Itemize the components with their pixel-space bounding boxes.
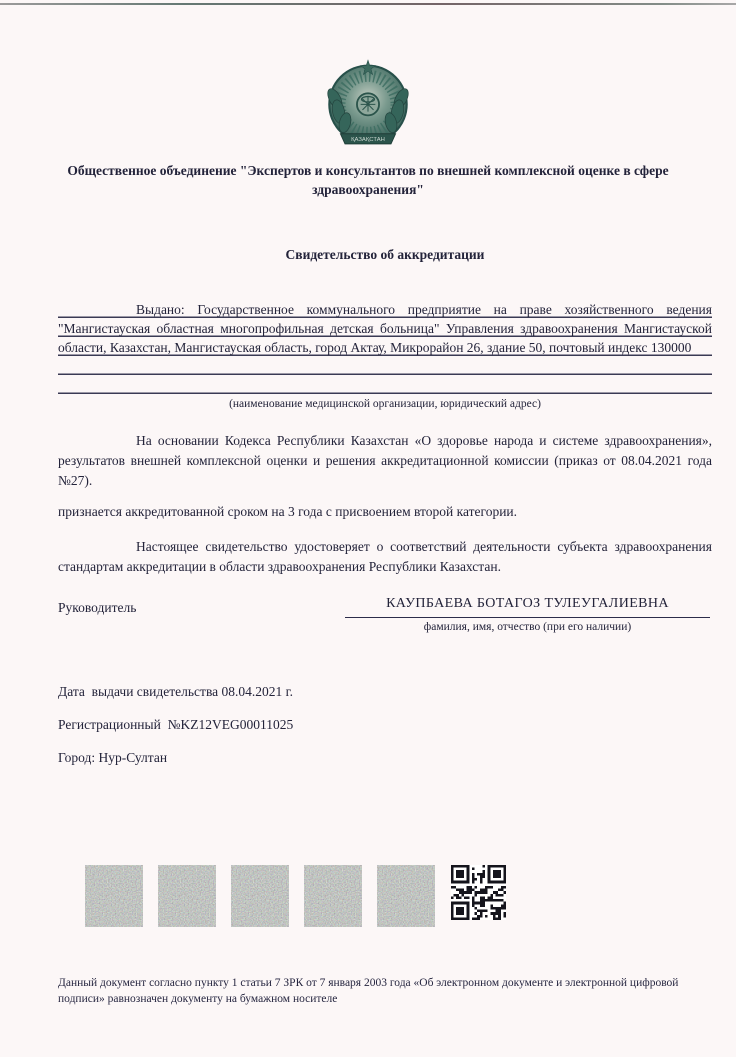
city-line: Город: Нур-Султан bbox=[58, 750, 167, 766]
issued-to-label: Выдано: bbox=[136, 302, 185, 317]
signature-noise-stamp bbox=[377, 865, 435, 927]
legal-footer-text: Данный документ согласно пункту 1 статьи… bbox=[58, 975, 704, 1007]
signature-noise-stamp bbox=[304, 865, 362, 927]
certificate-page: ҚАЗАҚСТАН Общественное объединение "Эксп… bbox=[0, 0, 736, 1057]
signer-name: КАУПБАЕВА БОТАГОЗ ТУЛЕУГАЛИЕВНА bbox=[345, 596, 710, 618]
signature-block: КАУПБАЕВА БОТАГОЗ ТУЛЕУГАЛИЕВНА фамилия,… bbox=[345, 596, 710, 633]
organization-title: Общественное объединение "Экспертов и ко… bbox=[48, 161, 688, 199]
issued-to-block: Выдано: Государственное коммунального пр… bbox=[58, 300, 712, 395]
registration-number-line: Регистрационный №KZ12VEG00011025 bbox=[58, 717, 293, 733]
issue-date-line: Дата выдачи свидетельства 08.04.2021 г. bbox=[58, 684, 293, 700]
emblem-container: ҚАЗАҚСТАН bbox=[0, 58, 736, 163]
scan-edge-line bbox=[0, 3, 736, 5]
emblem-banner-text: ҚАЗАҚСТАН bbox=[351, 137, 385, 143]
issued-to-caption: (наименование медицинской организации, ю… bbox=[60, 398, 710, 410]
basis-paragraph: На основании Кодекса Республики Казахста… bbox=[58, 431, 712, 491]
digital-signature-stamps bbox=[85, 865, 506, 927]
signature-noise-stamp bbox=[85, 865, 143, 927]
signature-noise-stamp bbox=[231, 865, 289, 927]
signature-noise-stamp bbox=[158, 865, 216, 927]
certifies-paragraph: Настоящее свидетельство удостоверяет о с… bbox=[58, 537, 712, 577]
qr-code bbox=[451, 865, 506, 920]
signer-name-caption: фамилия, имя, отчество (при его наличии) bbox=[345, 618, 710, 633]
recognition-line: признается аккредитованной сроком на 3 г… bbox=[58, 502, 712, 522]
document-title: Свидетельство об аккредитации bbox=[60, 247, 710, 263]
kazakhstan-emblem-icon: ҚАЗАҚСТАН bbox=[322, 58, 414, 158]
signer-role-label: Руководитель bbox=[58, 600, 136, 616]
